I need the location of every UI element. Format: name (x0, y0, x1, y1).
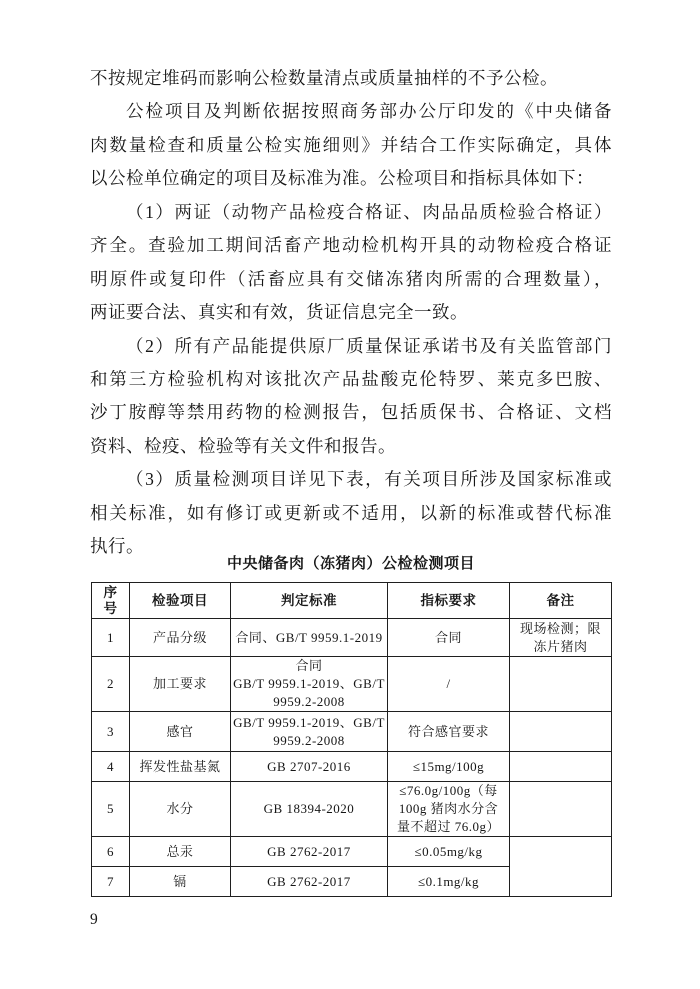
cell-item: 加工要求 (130, 657, 231, 712)
cell-no: 1 (92, 619, 130, 657)
page-number: 9 (90, 911, 98, 929)
table-header-row: 序 号 检验项目 判定标准 指标要求 备注 (92, 583, 612, 619)
paragraph-line: 以公检单位确定的项目及标准为准。公检项目和指标具体如下： (90, 166, 612, 199)
cell-item: 感官 (130, 712, 231, 752)
cell-no: 6 (92, 837, 130, 867)
header-cell-requirement: 指标要求 (388, 583, 510, 619)
paragraph-line: 资料、检疫、检验等有关文件和报告。 (90, 434, 612, 467)
cell-note-merged (510, 837, 612, 897)
paragraph-line: 相关标准，如有修订或更新或不适用，以新的标准或替代标准 (90, 501, 612, 534)
table-row: 5 水分 GB 18394-2020 ≤76.0g/100g（每 100g 猪肉… (92, 782, 612, 837)
cell-requirement: 合同 (388, 619, 510, 657)
paragraph-line: 沙丁胺醇等禁用药物的检测报告，包括质保书、合格证、文档 (90, 400, 612, 433)
cell-no: 2 (92, 657, 130, 712)
paragraph-line: 公检项目及判断依据按照商务部办公厅印发的《中央储备 (90, 99, 612, 132)
cell-standard: 合同、GB/T 9959.1-2019 (231, 619, 388, 657)
table-row: 6 总汞 GB 2762-2017 ≤0.05mg/kg (92, 837, 612, 867)
header-cell-note: 备注 (510, 583, 612, 619)
cell-item: 镉 (130, 867, 231, 897)
cell-requirement: ≤0.05mg/kg (388, 837, 510, 867)
cell-standard: GB/T 9959.1-2019、GB/T 9959.2-2008 (231, 712, 388, 752)
cell-note (510, 712, 612, 752)
cell-item: 挥发性盐基氮 (130, 752, 231, 782)
cell-standard: GB 2762-2017 (231, 837, 388, 867)
cell-note (510, 752, 612, 782)
header-cell-no: 序 号 (92, 583, 130, 619)
cell-note: 现场检测；限 冻片猪肉 (510, 619, 612, 657)
table-row: 3 感官 GB/T 9959.1-2019、GB/T 9959.2-2008 符… (92, 712, 612, 752)
paragraph-line: 明原件或复印件（活畜应具有交储冻猪肉所需的合理数量）， (90, 267, 612, 300)
cell-standard: GB 2707-2016 (231, 752, 388, 782)
cell-standard: GB 2762-2017 (231, 867, 388, 897)
cell-requirement: ≤76.0g/100g（每 100g 猪肉水分含 量不超过 76.0g） (388, 782, 510, 837)
cell-requirement: 符合感官要求 (388, 712, 510, 752)
cell-no: 3 (92, 712, 130, 752)
cell-no: 7 (92, 867, 130, 897)
paragraph-line: （2）所有产品能提供原厂质量保证承诺书及有关监管部门 (90, 334, 612, 367)
body-text: 不按规定堆码而影响公检数量清点或质量抽样的不予公检。 公检项目及判断依据按照商务… (90, 66, 612, 568)
table-row: 4 挥发性盐基氮 GB 2707-2016 ≤15mg/100g (92, 752, 612, 782)
cell-item: 总汞 (130, 837, 231, 867)
table-title: 中央储备肉（冻猪肉）公检检测项目 (90, 552, 612, 573)
paragraph-line: （3）质量检测项目详见下表，有关项目所涉及国家标准或 (90, 467, 612, 500)
header-cell-standard: 判定标准 (231, 583, 388, 619)
cell-note (510, 657, 612, 712)
paragraph-line: 肉数量检查和质量公检实施细则》并结合工作实际确定，具体 (90, 133, 612, 166)
cell-standard: GB 18394-2020 (231, 782, 388, 837)
paragraph-line: 两证要合法、真实和有效，货证信息完全一致。 (90, 300, 612, 333)
paragraph-line: （1）两证（动物产品检疫合格证、肉品品质检验合格证） (90, 200, 612, 233)
cell-item: 产品分级 (130, 619, 231, 657)
table-row: 2 加工要求 合同 GB/T 9959.1-2019、GB/T 9959.2-2… (92, 657, 612, 712)
table-row: 1 产品分级 合同、GB/T 9959.1-2019 合同 现场检测；限 冻片猪… (92, 619, 612, 657)
paragraph-line: 不按规定堆码而影响公检数量清点或质量抽样的不予公检。 (90, 66, 612, 99)
header-cell-item: 检验项目 (130, 583, 231, 619)
cell-requirement: ≤0.1mg/kg (388, 867, 510, 897)
inspection-table: 序 号 检验项目 判定标准 指标要求 备注 1 产品分级 合同、GB/T 995… (91, 582, 612, 897)
paragraph-line: 齐全。查验加工期间活畜产地动检机构开具的动物检疫合格证 (90, 233, 612, 266)
cell-item: 水分 (130, 782, 231, 837)
cell-standard: 合同 GB/T 9959.1-2019、GB/T 9959.2-2008 (231, 657, 388, 712)
document-page: 不按规定堆码而影响公检数量清点或质量抽样的不予公检。 公检项目及判断依据按照商务… (0, 0, 700, 989)
cell-note (510, 782, 612, 837)
cell-no: 4 (92, 752, 130, 782)
cell-no: 5 (92, 782, 130, 837)
paragraph-line: 和第三方检验机构对该批次产品盐酸克伦特罗、莱克多巴胺、 (90, 367, 612, 400)
cell-requirement: / (388, 657, 510, 712)
cell-requirement: ≤15mg/100g (388, 752, 510, 782)
